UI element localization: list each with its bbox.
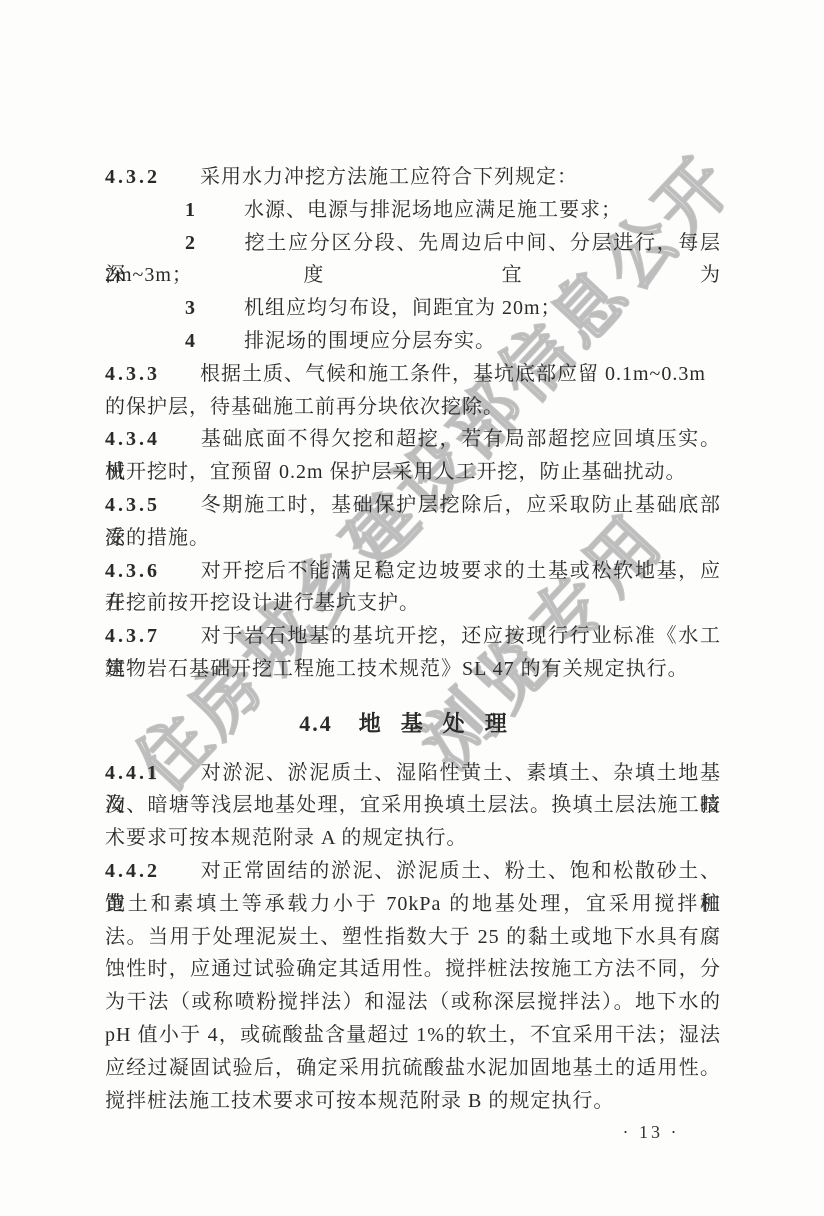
line-text: 术要求可按本规范附录 A 的规定执行。 (105, 827, 467, 849)
clause-number: 3 (185, 297, 198, 319)
line-text: 黄土和素填土等承载力小于 70kPa 的地基处理，宜采用搅拌桩 (105, 893, 721, 915)
list-item-4: 4排泥场的围埂应分层夯实。 (105, 325, 721, 358)
clause-4.3.4: 4.3.4基础底面不得欠挖和超挖，若有局部超挖应回填压实。机 (105, 423, 721, 456)
continuation-line: 沟、暗塘等浅层地基处理，宜采用换填土层法。换填土层法施工技 (105, 789, 721, 822)
clause-4.3.5: 4.3.5冬期施工时，基础保护层挖除后，应采取防止基础底部受 (105, 489, 721, 522)
list-item-2: 2挖土应分区分段、先周边后中间、分层进行，每层深度宜为 (105, 227, 721, 260)
clause-4.3.2: 4.3.2采用水力冲挖方法施工应符合下列规定： (105, 161, 721, 194)
line-text: 地基处理 (359, 711, 527, 736)
line-text: 为干法（或称喷粉搅拌法）和湿法（或称深层搅拌法）。地下水的 (105, 991, 721, 1013)
clause-number: 4.4.1 (105, 762, 160, 784)
page-number-text: · 13 · (623, 1122, 680, 1142)
continuation-line: 法。当用于处理泥炭土、塑性指数大于 25 的黏土或地下水具有腐 (105, 921, 721, 954)
line-text: 采用水力冲挖方法施工应符合下列规定： (200, 166, 578, 188)
continuation-line: 械开挖时，宜预留 0.2m 保护层采用人工开挖，防止基础扰动。 (105, 456, 721, 489)
clause-number: 4.3.4 (105, 428, 160, 450)
continuation-line: 的保护层，待基础施工前再分块依次挖除。 (105, 391, 721, 424)
clause-4.3.7: 4.3.7对于岩石地基的基坑开挖，还应按现行行业标准《水工建 (105, 620, 721, 653)
line-text: 搅拌桩法施工技术要求可按本规范附录 B 的规定执行。 (105, 1090, 614, 1112)
continuation-line: 为干法（或称喷粉搅拌法）和湿法（或称深层搅拌法）。地下水的 (105, 986, 721, 1019)
clause-number: 4.3.7 (105, 625, 160, 647)
continuation-line: 开挖前按开挖设计进行基坑支护。 (105, 587, 721, 620)
clause-4.3.6: 4.3.6对开挖后不能满足稳定边坡要求的土基或松软地基，应在 (105, 555, 721, 588)
line-text: 的保护层，待基础施工前再分块依次挖除。 (105, 396, 504, 418)
list-item-3: 3机组应均匀布设，间距宜为 20m； (105, 292, 721, 325)
clause-number: 4 (185, 330, 198, 352)
clause-number: 1 (185, 199, 198, 221)
continuation-line: pH 值小于 4，或硫酸盐含量超过 1%的软土，不宜采用干法；湿法 (105, 1019, 721, 1052)
clause-number: 4.3.3 (105, 363, 160, 385)
clause-4.4.1: 4.4.1对淤泥、淤泥质土、湿陷性黄土、素填土、杂填土地基及暗 (105, 757, 721, 790)
clause-number: 4.3.5 (105, 494, 160, 516)
line-text: pH 值小于 4，或硫酸盐含量超过 1%的软土，不宜采用干法；湿法 (105, 1024, 721, 1046)
clause-number: 2 (185, 232, 198, 254)
clause-4.3.3: 4.3.3根据土质、气候和施工条件，基坑底部应留 0.1m~0.3m (105, 358, 721, 391)
line-text: 水源、电源与排泥场地应满足施工要求； (244, 199, 622, 221)
continuation-line: 黄土和素填土等承载力小于 70kPa 的地基处理，宜采用搅拌桩 (105, 888, 721, 921)
continuation-line: 蚀性时，应通过试验确定其适用性。搅拌桩法按施工方法不同，分 (105, 953, 721, 986)
line-text: 排泥场的围埂应分层夯实。 (244, 330, 496, 352)
continuation-line: 术要求可按本规范附录 A 的规定执行。 (105, 822, 721, 855)
line-text: 开挖前按开挖设计进行基坑支护。 (105, 592, 420, 614)
page-number: · 13 · (596, 1122, 706, 1143)
clause-number: 4.4.2 (105, 860, 160, 882)
line-text: 机组应均匀布设，间距宜为 20m； (244, 297, 562, 319)
continuation-line: 搅拌桩法施工技术要求可按本规范附录 B 的规定执行。 (105, 1085, 721, 1118)
document-text: 4.3.2采用水力冲挖方法施工应符合下列规定：1水源、电源与排泥场地应满足施工要… (105, 161, 721, 1117)
section-number: 4.4 (299, 711, 333, 736)
line-text: 根据土质、气候和施工条件，基坑底部应留 0.1m~0.3m (200, 363, 706, 385)
clause-number: 4.3.2 (105, 166, 160, 188)
line-text: 筑物岩石基础开挖工程施工技术规范》SL 47 的有关规定执行。 (105, 658, 689, 680)
continuation-line: 筑物岩石基础开挖工程施工技术规范》SL 47 的有关规定执行。 (105, 653, 721, 686)
document-page: 住房城乡建设部信息公开 浏览专用 4.3.2采用水力冲挖方法施工应符合下列规定：… (0, 0, 824, 1216)
continuation-line: 冻的措施。 (105, 522, 721, 555)
clause-4.4.2: 4.4.2对正常固结的淤泥、淤泥质土、粉土、饱和松散砂土、饱和 (105, 855, 721, 888)
continuation-line: 应经过凝固试验后，确定采用抗硫酸盐水泥加固地基土的适用性。 (105, 1052, 721, 1085)
line-text: 应经过凝固试验后，确定采用抗硫酸盐水泥加固地基土的适用性。 (105, 1057, 721, 1079)
line-text: 沟、暗塘等浅层地基处理，宜采用换填土层法。换填土层法施工技 (105, 794, 721, 816)
line-text: 法。当用于处理泥炭土、塑性指数大于 25 的黏土或地下水具有腐 (105, 926, 721, 948)
line-text: 冻的措施。 (105, 527, 210, 549)
line-text: 械开挖时，宜预留 0.2m 保护层采用人工开挖，防止基础扰动。 (105, 461, 687, 483)
section-heading: 4.4地基处理 (105, 708, 721, 741)
clause-number: 4.3.6 (105, 560, 160, 582)
list-item-1: 1水源、电源与排泥场地应满足施工要求； (105, 194, 721, 227)
line-text: 蚀性时，应通过试验确定其适用性。搅拌桩法按施工方法不同，分 (105, 958, 721, 980)
line-text: 2m~3m； (105, 264, 193, 286)
